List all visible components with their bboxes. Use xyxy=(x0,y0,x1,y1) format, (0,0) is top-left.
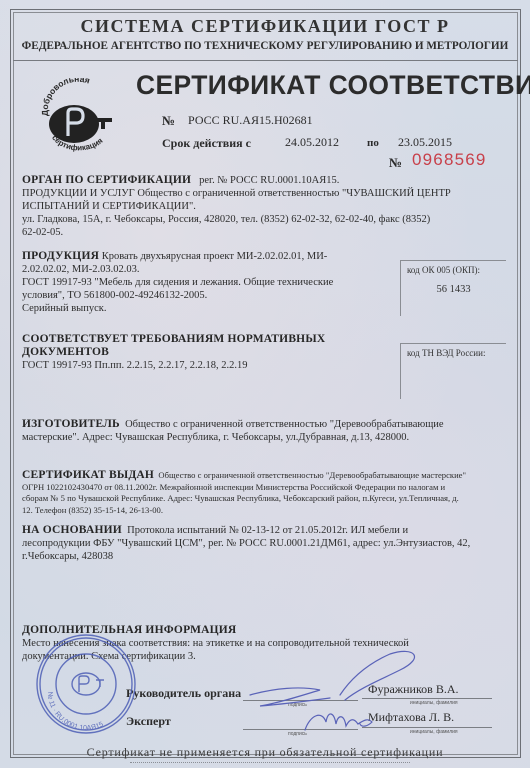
serial-number-label: № xyxy=(389,155,402,171)
certification-body-line5: 62-02-05. xyxy=(22,226,508,239)
header-divider xyxy=(13,60,518,61)
issued-to-section: СЕРТИФИКАТ ВЫДАН Общество с ограниченной… xyxy=(22,470,512,516)
issued-to-heading: СЕРТИФИКАТ ВЫДАН xyxy=(22,469,154,481)
issued-to-line2: ОГРН 1022102430470 от 08.11.2002г. Межра… xyxy=(22,482,512,494)
certification-body-line3: ИСПЫТАНИЙ И СЕРТИФИКАЦИИ". xyxy=(22,200,508,213)
okp-code-label: код ОК 005 (ОКП): xyxy=(407,265,480,275)
agency-name: ФЕДЕРАЛЬНОЕ АГЕНТСТВО ПО ТЕХНИЧЕСКОМУ РЕ… xyxy=(0,40,530,52)
certificate-page: СИСТЕМА СЕРТИФИКАЦИИ ГОСТ Р ФЕДЕРАЛЬНОЕ … xyxy=(0,0,530,768)
valid-to: 23.05.2015 xyxy=(398,135,452,150)
okp-code-value: 56 1433 xyxy=(401,284,506,295)
head-signature-line xyxy=(243,700,358,701)
validity-label: Срок действия с xyxy=(162,136,251,151)
basis-line1: Протокола испытаний № 02-13-12 от 21.05.… xyxy=(127,525,408,536)
certification-body-section: ОРГАН ПО СЕРТИФИКАЦИИ рег. № РОСС RU.000… xyxy=(22,174,508,239)
serial-number: 0968569 xyxy=(412,150,487,170)
manufacturer-section: ИЗГОТОВИТЕЛЬ Общество с ограниченной отв… xyxy=(22,418,508,444)
product-line1: Кровать двухъярусная проект МИ-2.02.02.0… xyxy=(102,251,328,262)
certification-body-line4: ул. Гладкова, 15А, г. Чебоксары, Россия,… xyxy=(22,213,508,226)
expert-name-caption: инициалы, фамилия xyxy=(410,729,458,735)
certification-body-reg: рег. № РОСС RU.0001.10АЯ15. xyxy=(199,175,339,186)
conformity-section: СООТВЕТСТВУЕТ ТРЕБОВАНИЯМ НОРМАТИВНЫХ ДО… xyxy=(22,333,402,372)
certification-body-line2-heading: ПРОДУКЦИИ И УСЛУГ xyxy=(22,188,135,199)
certificate-number-label: № xyxy=(162,113,175,129)
issued-to-line1: Общество с ограниченной ответственностью… xyxy=(158,470,466,480)
expert-name: Мифтахова Л. В. xyxy=(368,710,454,725)
system-title: СИСТЕМА СЕРТИФИКАЦИИ ГОСТ Р xyxy=(0,16,530,37)
conformity-heading: СООТВЕТСТВУЕТ ТРЕБОВАНИЯМ НОРМАТИВНЫХ ДО… xyxy=(22,333,402,359)
rst-mark-icon: Добровольная сертификация xyxy=(38,78,118,158)
expert-name-line xyxy=(362,727,492,728)
certification-body-line2: Общество с ограниченной ответственностью… xyxy=(137,188,450,199)
printer-microprint xyxy=(130,762,410,764)
head-of-body-name: Фуражников В.А. xyxy=(368,682,459,697)
head-of-body-label: Руководитель органа xyxy=(126,686,241,701)
product-line2: 2.02.02.02, МИ-2.03.02.03. xyxy=(22,263,372,276)
footer-note: Сертификат не применяется при обязательн… xyxy=(0,745,530,760)
head-signature-caption: подпись xyxy=(288,702,307,708)
manufacturer-line1: Общество с ограниченной ответственностью… xyxy=(125,419,444,430)
conformity-line1: ГОСТ 19917-93 Пп.пп. 2.2.15, 2.2.17, 2.2… xyxy=(22,359,402,372)
issued-to-line3: сборам № 5 по Чувашской Республике. Адре… xyxy=(22,493,512,505)
certificate-number: РОСС RU.АЯ15.Н02681 xyxy=(188,113,313,128)
manufacturer-line2: мастерские". Адрес: Чувашская Республика… xyxy=(22,431,508,444)
expert-signature-line xyxy=(243,729,358,730)
basis-line2: лесопродукции ФБУ "Чувашский ЦСМ", рег. … xyxy=(22,537,512,550)
round-seal-stamp-icon: № 11 · RU.0001.10АЯ15 xyxy=(34,632,138,736)
certification-body-heading: ОРГАН ПО СЕРТИФИКАЦИИ xyxy=(22,174,191,186)
certificate-title: СЕРТИФИКАТ СООТВЕТСТВИЯ xyxy=(136,70,530,101)
head-name-caption: инициалы, фамилия xyxy=(410,700,458,706)
product-line4: условия", ТО 561800-002-49246132-2005. xyxy=(22,289,372,302)
product-line5: Серийный выпуск. xyxy=(22,302,372,315)
expert-signature-caption: подпись xyxy=(288,731,307,737)
product-section: ПРОДУКЦИЯ Кровать двухъярусная проект МИ… xyxy=(22,250,372,315)
basis-heading: НА ОСНОВАНИИ xyxy=(22,524,122,536)
basis-section: НА ОСНОВАНИИ Протокола испытаний № 02-13… xyxy=(22,524,512,563)
product-heading: ПРОДУКЦИЯ xyxy=(22,250,99,262)
manufacturer-heading: ИЗГОТОВИТЕЛЬ xyxy=(22,418,120,430)
tnved-code-label: код ТН ВЭД России: xyxy=(407,348,485,358)
basis-line3: г.Чебоксары, 428038 xyxy=(22,550,512,563)
issued-to-line4: 12. Телефон (8352) 35-15-14, 26-13-00. xyxy=(22,505,512,517)
okp-code-box: код ОК 005 (ОКП): 56 1433 xyxy=(400,260,506,316)
tnved-code-box: код ТН ВЭД России: xyxy=(400,343,506,399)
product-line3: ГОСТ 19917-93 "Мебель для сидения и лежа… xyxy=(22,276,372,289)
valid-from: 24.05.2012 xyxy=(285,135,339,150)
head-name-line xyxy=(362,698,492,699)
valid-to-label: по xyxy=(367,137,379,149)
